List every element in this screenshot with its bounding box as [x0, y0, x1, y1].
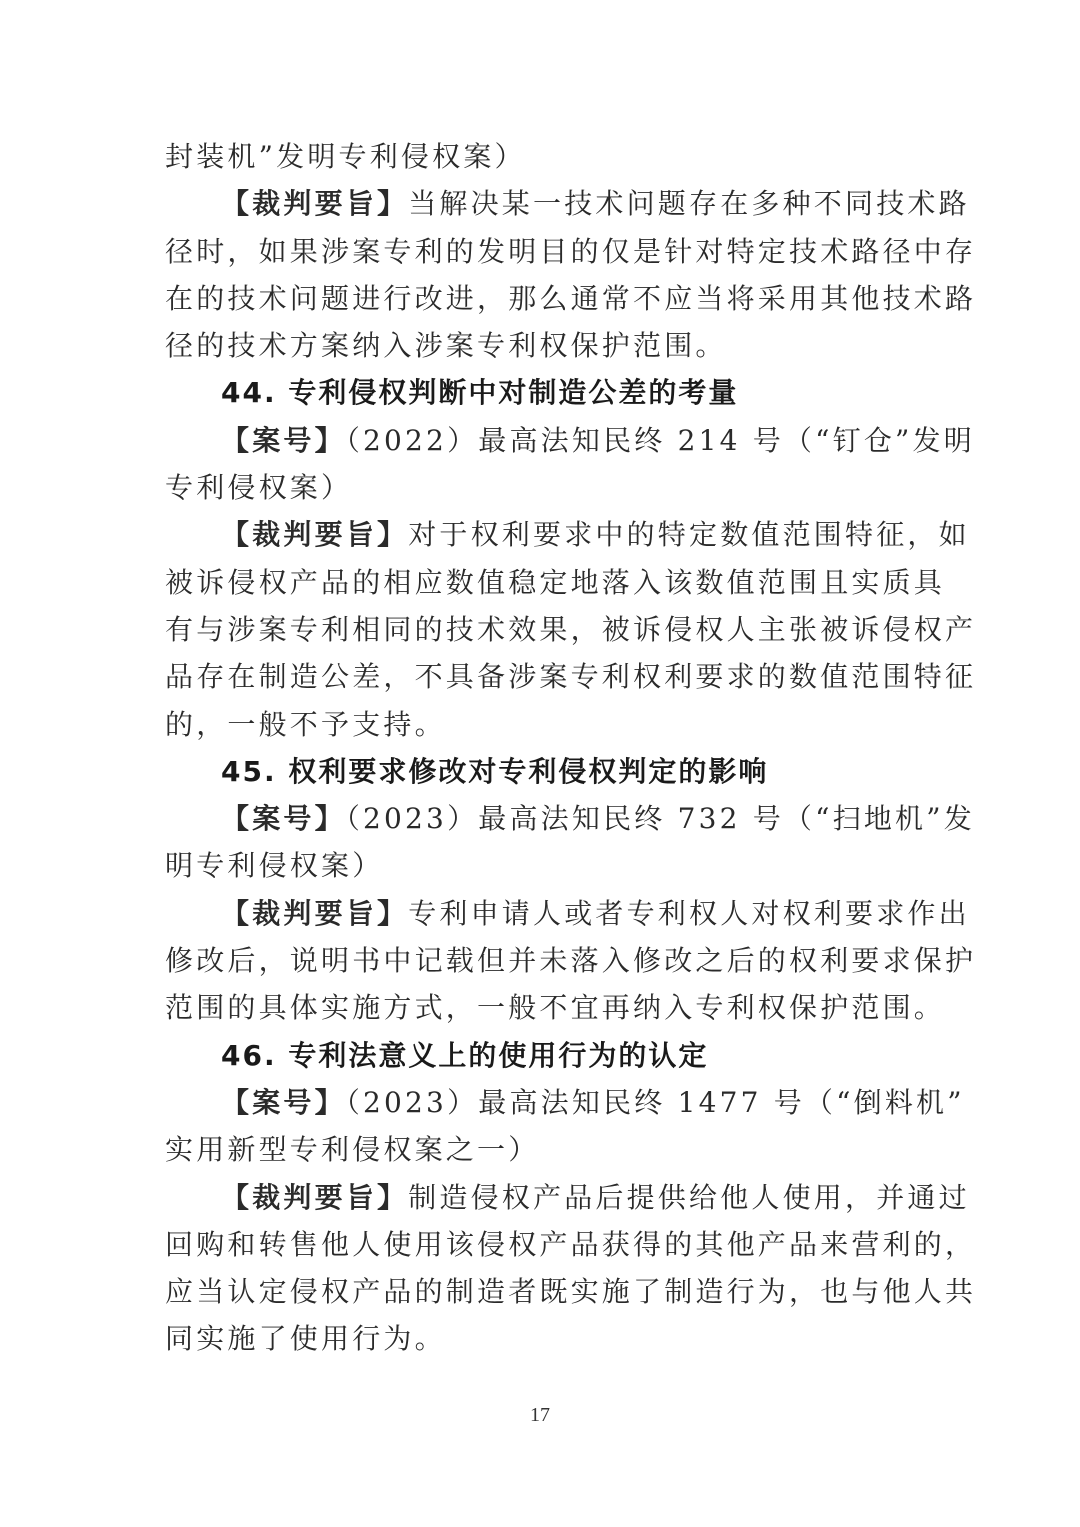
holding-line: 品存在制造公差，不具备涉案专利权利要求的数值范围特征 — [165, 653, 915, 700]
case-number-text: （2023）最高法知民终 732 号（“扫地机”发 — [346, 802, 975, 835]
holding-line: 径的技术方案纳入涉案专利权保护范围。 — [165, 322, 915, 369]
case-number-text: （2023）最高法知民终 1477 号（“倒料机” — [346, 1086, 965, 1119]
holding-label: 【裁判要旨】 — [221, 187, 408, 220]
page-number: 17 — [0, 1404, 1080, 1427]
case-label: 【案号】 — [221, 802, 346, 835]
case-number-continuation: 封装机”发明专利侵权案） — [165, 133, 915, 180]
case-number-line: 实用新型专利侵权案之一） — [165, 1126, 915, 1173]
holding-text: 制造侵权产品后提供给他人使用，并通过 — [408, 1181, 970, 1214]
case-number-text: （2022）最高法知民终 214 号（“钉仓”发明 — [346, 424, 975, 457]
document-page: 封装机”发明专利侵权案） 【裁判要旨】当解决某一技术问题存在多种不同技术路 径时… — [165, 133, 915, 1363]
holding-line: 范围的具体实施方式，一般不宜再纳入专利权保护范围。 — [165, 984, 915, 1031]
holding-line: 径时，如果涉案专利的发明目的仅是针对特定技术路径中存 — [165, 228, 915, 275]
case-number-line: 【案号】（2022）最高法知民终 214 号（“钉仓”发明 — [165, 417, 915, 464]
holding-line: 回购和转售他人使用该侵权产品获得的其他产品来营利的， — [165, 1221, 915, 1268]
case-number-line: 明专利侵权案） — [165, 842, 915, 889]
holding-line: 应当认定侵权产品的制造者既实施了制造行为，也与他人共 — [165, 1268, 915, 1315]
holding-label: 【裁判要旨】 — [221, 1181, 408, 1214]
holding-line: 有与涉案专利相同的技术效果，被诉侵权人主张被诉侵权产 — [165, 606, 915, 653]
case-number-line: 【案号】（2023）最高法知民终 1477 号（“倒料机” — [165, 1079, 915, 1126]
holding-text: 当解决某一技术问题存在多种不同技术路 — [408, 187, 970, 220]
holding-line: 修改后，说明书中记载但并未落入修改之后的权利要求保护 — [165, 937, 915, 984]
holding-text: 对于权利要求中的特定数值范围特征，如 — [408, 518, 970, 551]
holding-line: 被诉侵权产品的相应数值稳定地落入该数值范围且实质具 — [165, 559, 915, 606]
case-label: 【案号】 — [221, 1086, 346, 1119]
section-heading-44: 44. 专利侵权判断中对制造公差的考量 — [165, 369, 915, 416]
holding-line: 【裁判要旨】制造侵权产品后提供给他人使用，并通过 — [165, 1174, 915, 1221]
holding-line: 【裁判要旨】对于权利要求中的特定数值范围特征，如 — [165, 511, 915, 558]
holding-label: 【裁判要旨】 — [221, 518, 408, 551]
holding-line: 【裁判要旨】专利申请人或者专利权人对权利要求作出 — [165, 890, 915, 937]
section-heading-46: 46. 专利法意义上的使用行为的认定 — [165, 1032, 915, 1079]
case-number-line: 【案号】（2023）最高法知民终 732 号（“扫地机”发 — [165, 795, 915, 842]
section-heading-45: 45. 权利要求修改对专利侵权判定的影响 — [165, 748, 915, 795]
holding-line: 同实施了使用行为。 — [165, 1315, 915, 1362]
holding-line: 在的技术问题进行改进，那么通常不应当将采用其他技术路 — [165, 275, 915, 322]
holding-text: 专利申请人或者专利权人对权利要求作出 — [408, 897, 970, 930]
case-number-line: 专利侵权案） — [165, 464, 915, 511]
holding-line: 【裁判要旨】当解决某一技术问题存在多种不同技术路 — [165, 180, 915, 227]
case-label: 【案号】 — [221, 424, 346, 457]
holding-label: 【裁判要旨】 — [221, 897, 408, 930]
holding-line: 的，一般不予支持。 — [165, 701, 915, 748]
